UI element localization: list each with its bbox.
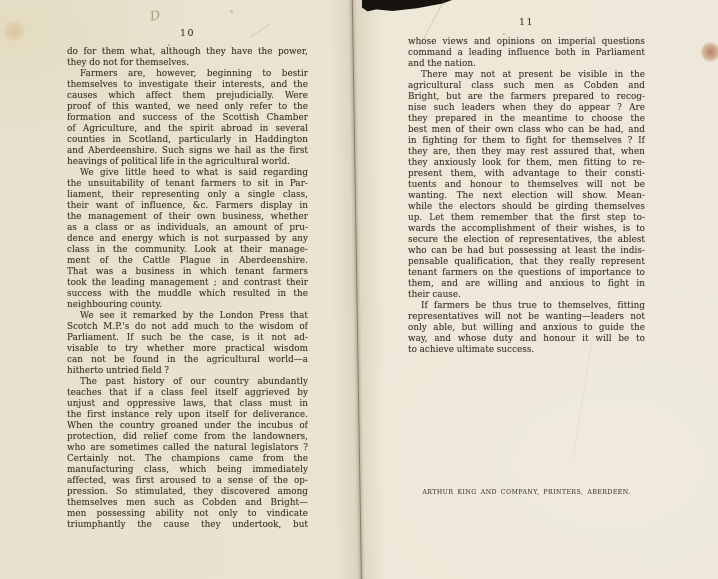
text-line: they are, then they may rest assured tha… xyxy=(408,147,645,158)
text-line: If farmers be thus true to themselves, f… xyxy=(408,301,645,312)
text-line: best men of their own class who can be h… xyxy=(408,125,645,136)
page-number-right: 11 xyxy=(408,17,645,28)
text-line: causes which affect them prejudicially. … xyxy=(67,91,308,102)
text-line: and the nation. xyxy=(408,59,645,70)
text-line: secure the election of representatives, … xyxy=(408,235,645,246)
text-line: pensable qualification, that they really… xyxy=(408,257,645,268)
text-line: while the electors should be girding the… xyxy=(408,202,645,213)
text-line: they prepared in the meantime to choose … xyxy=(408,114,645,125)
text-line: proof of this wanted, we need only refer… xyxy=(67,102,308,113)
pencil-mark: D xyxy=(149,8,162,25)
text-line: wards the accomplishment of their wishes… xyxy=(408,224,645,235)
text-line: themselves to investigate their interest… xyxy=(67,80,308,91)
paper-speck xyxy=(230,10,233,13)
text-line: hitherto untried field ? xyxy=(67,366,308,377)
text-line: protection, did relief come from the lan… xyxy=(67,432,308,443)
text-line: representatives will not be wanting—lead… xyxy=(408,312,645,323)
text-line: formation and success of the Scottish Ch… xyxy=(67,113,308,124)
right-page-text-block: whose views and opinions on imperial que… xyxy=(408,37,645,356)
text-line: Farmers are, however, beginning to besti… xyxy=(67,69,308,80)
text-line: There may not at present be visible in t… xyxy=(408,70,645,81)
text-line: The past history of our country abundant… xyxy=(67,377,308,388)
text-line: their want of influence, &c. Farmers dis… xyxy=(67,201,308,212)
text-line: do for them what, although they have the… xyxy=(67,47,308,58)
page-number-left: 10 xyxy=(67,28,308,39)
text-line: heavings of political life in the agricu… xyxy=(67,157,308,168)
text-line: who are sometimes called the natural leg… xyxy=(67,443,308,454)
text-line: Scotch M.P.'s do not add much to the wis… xyxy=(67,322,308,333)
text-line: tuents and honour to themselves will not… xyxy=(408,180,645,191)
text-line: in fighting for them to fight for themse… xyxy=(408,136,645,147)
text-line: success with the muddle which resulted i… xyxy=(67,289,308,300)
text-line: ment of the Cattle Plague in Aberdeenshi… xyxy=(67,256,308,267)
foxing-spot xyxy=(3,21,25,41)
text-line: the management of their own business, wh… xyxy=(67,212,308,223)
paper-speck xyxy=(168,44,170,46)
text-line: Certainly not. The champions came from t… xyxy=(67,454,308,465)
text-line: liament, their representing only a singl… xyxy=(67,190,308,201)
text-line: way, and whose duty and honour it will b… xyxy=(408,334,645,345)
text-line: unjust and oppressive laws, that class m… xyxy=(67,399,308,410)
text-line: and Aberdeenshire. Such signs we hail as… xyxy=(67,146,308,157)
text-line: they anxiously look for them, men fittin… xyxy=(408,158,645,169)
text-line: class in the community. Look at their ma… xyxy=(67,245,308,256)
text-line: whose views and opinions on imperial que… xyxy=(408,37,645,48)
book-scan: D 10 11 do for them what, although they … xyxy=(0,0,718,579)
text-line: to achieve ultimate success. xyxy=(408,345,645,356)
text-line: dence and energy which is not surpassed … xyxy=(67,234,308,245)
text-line: took the leading management ; and contra… xyxy=(67,278,308,289)
text-line: themselves men such as Cobden and Bright… xyxy=(67,498,308,509)
text-line: affected, was first aroused to a sense o… xyxy=(67,476,308,487)
text-line: triumphantly the cause they undertook, b… xyxy=(67,520,308,531)
text-line: up. Let them remember that the first ste… xyxy=(408,213,645,224)
text-line: present them, with advantage to their co… xyxy=(408,169,645,180)
text-line: can not be found in the agricultural wor… xyxy=(67,355,308,366)
text-line: nise such leaders when they do appear ? … xyxy=(408,103,645,114)
text-line: the unsuitability of tenant farmers to s… xyxy=(67,179,308,190)
text-line: command a leading influence both in Parl… xyxy=(408,48,645,59)
text-line: only able, but willing and anxious to gu… xyxy=(408,323,645,334)
text-line: When the country groaned under the incub… xyxy=(67,421,308,432)
text-line: Parliament. If such be the case, is it n… xyxy=(67,333,308,344)
text-line: they do not for themselves. xyxy=(67,58,308,69)
text-line: as a class or as individuals, an amount … xyxy=(67,223,308,234)
text-line: We see it remarked by the London Press t… xyxy=(67,311,308,322)
text-line: men possessing ability not only to vindi… xyxy=(67,509,308,520)
text-line: who can be had but possessing at least t… xyxy=(408,246,645,257)
left-page-text-block: do for them what, although they have the… xyxy=(67,47,308,531)
text-line: visable to try whether more practical wi… xyxy=(67,344,308,355)
text-line: of Agriculture, and the spirit abroad in… xyxy=(67,124,308,135)
text-line: counties in Scotland, particularly in Ha… xyxy=(67,135,308,146)
text-line: manufacturing class, which being immedia… xyxy=(67,465,308,476)
text-line: their cause. xyxy=(408,290,645,301)
foxing-spot xyxy=(701,42,718,62)
text-line: tenant farmers on the questions of impor… xyxy=(408,268,645,279)
text-line: neighbouring county. xyxy=(67,300,308,311)
text-line: the first instance rely upon itself for … xyxy=(67,410,308,421)
text-line: Bright, but are the farmers prepared to … xyxy=(408,92,645,103)
text-line: agricultural class such men as Cobden an… xyxy=(408,81,645,92)
text-line: teaches that if a class feel itself aggr… xyxy=(67,388,308,399)
text-line: That was a business in which tenant farm… xyxy=(67,267,308,278)
text-line: wanting. The next election will show. Me… xyxy=(408,191,645,202)
text-line: We give little heed to what is said rega… xyxy=(67,168,308,179)
paper-speck xyxy=(503,33,505,35)
text-line: pression. So stimulated, they discovered… xyxy=(67,487,308,498)
text-line: them, and are willing and anxious to fig… xyxy=(408,279,645,290)
printer-imprint: ARTHUR KING AND COMPANY, PRINTERS, ABERD… xyxy=(408,489,645,496)
binding-shadow xyxy=(362,0,452,12)
